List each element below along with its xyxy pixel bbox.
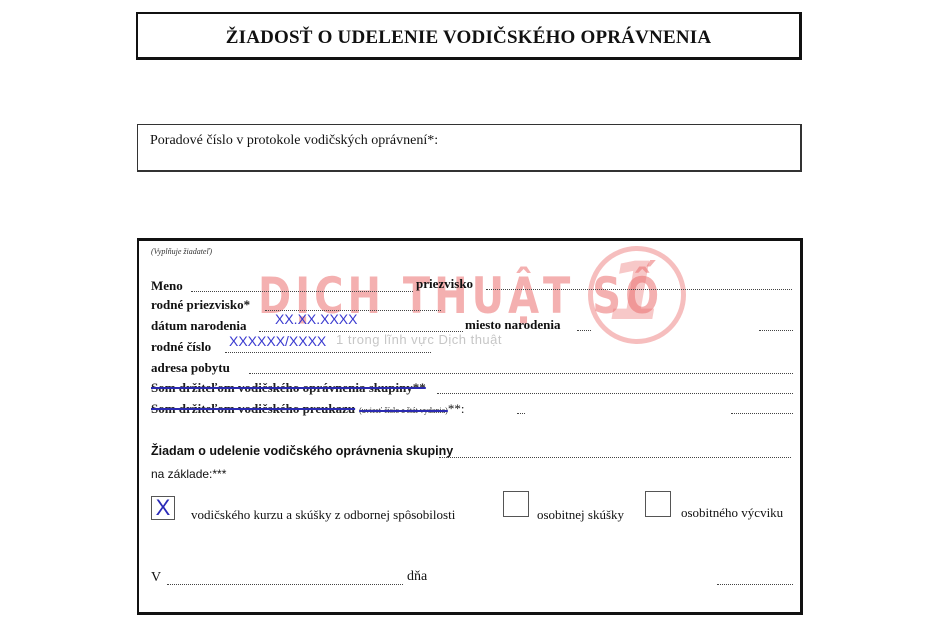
checkbox-x-mark: X [152,497,174,519]
date-label: dňa [407,569,427,585]
name-label: Meno [151,278,183,294]
birth-date-value: XX.XX.XXXX [275,311,357,327]
document-title: ŽIADOSŤ O UDELENIE VODIČSKÉHO OPRÁVNENIA [138,27,799,49]
date-field[interactable] [717,584,793,585]
license-card-holder-field-end[interactable] [731,413,793,414]
personal-number-field[interactable] [225,352,431,353]
address-field[interactable] [249,373,793,374]
option-label-special-exam: osobitnej skúšky [537,507,624,523]
form-note: (Vyplňuje žiadateľ) [151,247,212,256]
license-group-holder-label: Som držiteľom vodičského oprávnenia skup… [151,380,426,396]
license-card-holder-suffix: **: [448,401,465,416]
birth-place-field-start[interactable] [577,330,591,331]
option-checkbox-special-exam[interactable] [503,491,529,517]
request-group-field[interactable] [439,457,791,458]
license-card-holder-label: Som držiteľom vodičského preukazu [151,401,355,416]
option-checkbox-special-training[interactable] [645,491,671,517]
protocol-number-box: Poradové číslo v protokole vodičských op… [137,124,802,172]
license-card-holder-field-start[interactable] [517,413,525,414]
address-label: adresa pobytu [151,360,230,376]
surname-field[interactable] [486,289,792,290]
birth-place-field-end[interactable] [759,330,793,331]
birth-surname-label: rodné priezvisko* [151,297,250,313]
personal-number-value: XXXXXX/XXXX [229,333,326,349]
request-group-label: Žiadam o udelenie vodičského oprávnenia … [151,444,453,458]
license-card-holder-note: (uviesť číslo a štát vydania) [359,406,448,415]
birth-date-label: dátum narodenia [151,318,246,334]
title-box: ŽIADOSŤ O UDELENIE VODIČSKÉHO OPRÁVNENIA [136,12,802,60]
application-form: (Vyplňuje žiadateľ) Meno priezvisko rodn… [137,238,803,615]
option-label-course: vodičského kurzu a skúšky z odbornej spô… [191,507,455,523]
basis-label: na základe:*** [151,467,226,481]
license-group-holder-field[interactable] [437,393,793,394]
protocol-number-label: Poradové číslo v protokole vodičských op… [150,133,438,149]
place-label: V [151,570,161,586]
option-checkbox-course[interactable]: X [151,496,175,520]
option-label-special-training: osobitného výcviku [681,505,783,521]
birth-place-label: miesto narodenia [465,317,560,333]
surname-label: priezvisko [416,276,473,292]
personal-number-label: rodné číslo [151,339,211,355]
name-field[interactable] [191,291,413,292]
birth-date-field[interactable] [259,331,463,332]
license-card-holder-row: Som držiteľom vodičského preukazu (uvies… [151,400,464,418]
place-field[interactable] [167,584,403,585]
